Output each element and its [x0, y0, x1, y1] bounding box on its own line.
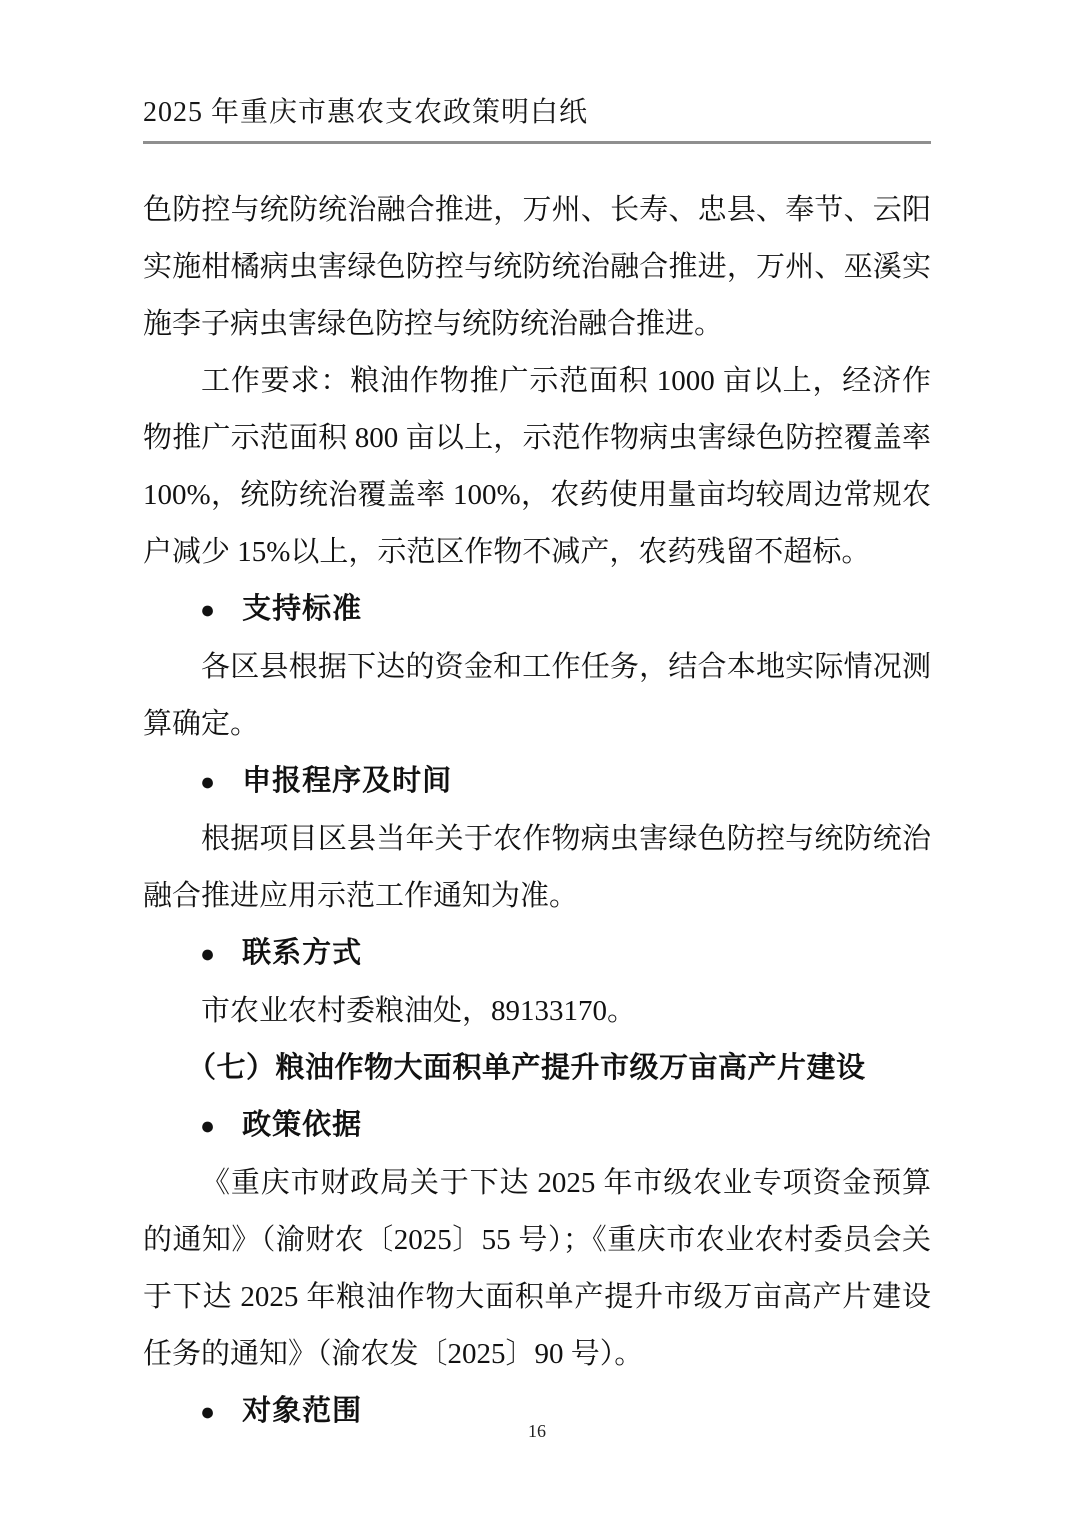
bullet-heading-contact: ● 联系方式	[143, 925, 931, 983]
bullet-icon: ●	[143, 926, 215, 983]
document-page: 2025 年重庆市惠农支农政策明白纸 色防控与统防统治融合推进，万州、长寿、忠县…	[0, 0, 1074, 1520]
bullet-heading-label: 支持标准	[242, 581, 362, 638]
paragraph-application: 根据项目区县当年关于农作物病虫害绿色防控与统防统治融合推进应用示范工作通知为准。	[143, 811, 931, 925]
bullet-heading-label: 政策依据	[242, 1097, 362, 1154]
paragraph-policy-basis: 《重庆市财政局关于下达 2025 年市级农业专项资金预算的通知》（渝财农〔202…	[143, 1155, 931, 1383]
page-header: 2025 年重庆市惠农支农政策明白纸	[143, 0, 931, 144]
paragraph-contact: 市农业农村委粮油处，89133170。	[143, 983, 931, 1040]
document-title: 2025 年重庆市惠农支农政策明白纸	[143, 94, 931, 132]
bullet-heading-label: 联系方式	[242, 925, 362, 982]
paragraph-support-standard: 各区县根据下达的资金和工作任务，结合本地实际情况测算确定。	[143, 639, 931, 753]
paragraph-continuation: 色防控与统防统治融合推进，万州、长寿、忠县、奉节、云阳实施柑橘病虫害绿色防控与统…	[143, 182, 931, 353]
bullet-heading-label: 申报程序及时间	[242, 753, 452, 810]
section-heading-seven: （七）粮油作物大面积单产提升市级万亩高产片建设	[143, 1040, 931, 1097]
paragraph-work-requirements: 工作要求：粮油作物推广示范面积 1000 亩以上，经济作物推广示范面积 800 …	[143, 353, 931, 581]
bullet-icon: ●	[143, 1098, 215, 1155]
bullet-heading-application: ● 申报程序及时间	[143, 753, 931, 811]
bullet-heading-support-standard: ● 支持标准	[143, 581, 931, 639]
header-rule	[143, 141, 931, 144]
bullet-icon: ●	[143, 754, 215, 811]
bullet-icon: ●	[143, 582, 215, 639]
document-body: 色防控与统防统治融合推进，万州、长寿、忠县、奉节、云阳实施柑橘病虫害绿色防控与统…	[143, 182, 931, 1441]
page-number: 16	[0, 1421, 1074, 1442]
bullet-heading-policy-basis: ● 政策依据	[143, 1097, 931, 1155]
